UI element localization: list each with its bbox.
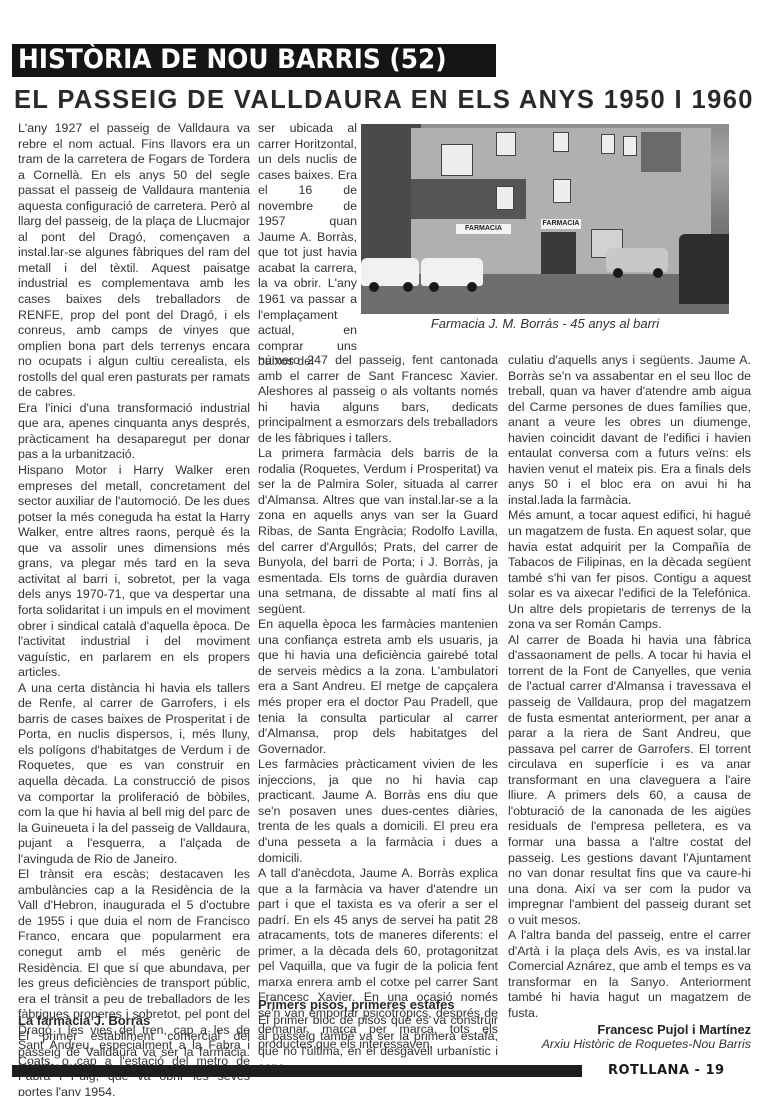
photo-caption: Farmacia J. M. Borrás - 45 anys al barri xyxy=(361,316,729,331)
article-column-2-top: ser ubicada al carrer Horitzontal, un de… xyxy=(258,121,357,370)
footer-page-label: ROTLLANA - 19 xyxy=(608,1063,725,1078)
shop-sign: FARMACIA xyxy=(541,219,581,229)
paragraph: Les farmàcies pràcticament vivien de les… xyxy=(258,757,498,866)
article-column-1: L'any 1927 el passeig de Valldaura va re… xyxy=(18,121,250,1096)
paragraph: L'any 1927 el passeig de Valldaura va re… xyxy=(18,121,250,401)
paragraph: A l'altra banda del passeig, entre el ca… xyxy=(508,928,751,1021)
subhead-pisos: Primers pisos, primeres estafes xyxy=(258,997,455,1012)
paragraph: Més amunt, a tocar aquest edifici, hi ha… xyxy=(508,508,751,632)
pharmacy-photo: FARMACIA FARMACIA xyxy=(361,124,729,314)
article-headline: EL PASSEIG DE VALLDAURA EN ELS ANYS 1950… xyxy=(14,85,754,115)
paragraph: ser ubicada al carrer Horitzontal, un de… xyxy=(258,121,357,370)
series-title: HISTÒRIA DE NOU BARRIS (52) xyxy=(18,42,447,78)
paragraph: Hispano Motor i Harry Walker eren empres… xyxy=(18,463,250,681)
subhead-farmacia: La farmàcia J. Borràs xyxy=(18,1013,150,1028)
paragraph: culatiu d'aquells anys i següents. Jaume… xyxy=(508,353,751,508)
paragraph: La primera farmàcia dels barris de la ro… xyxy=(258,446,498,617)
footer-bar xyxy=(12,1065,582,1077)
paragraph: número 247 del passeig, fent cantonada a… xyxy=(258,353,498,446)
article-column-2: número 247 del passeig, fent cantonada a… xyxy=(258,353,498,1053)
author-organization: Arxiu Històric de Roquetes-Nou Barris xyxy=(508,1037,751,1053)
paragraph: En aquella època les farmàcies mantenien… xyxy=(258,617,498,757)
author-name: Francesc Pujol i Martínez xyxy=(508,1022,751,1038)
shop-sign: FARMACIA xyxy=(456,224,511,234)
paragraph: Al carrer de Boada hi havia una fàbrica … xyxy=(508,633,751,928)
article-column-3: culatiu d'aquells anys i següents. Jaume… xyxy=(508,353,751,1053)
paragraph: A una certa distància hi havia els talle… xyxy=(18,681,250,868)
paragraph: Era l'inici d'una transformació industri… xyxy=(18,401,250,463)
